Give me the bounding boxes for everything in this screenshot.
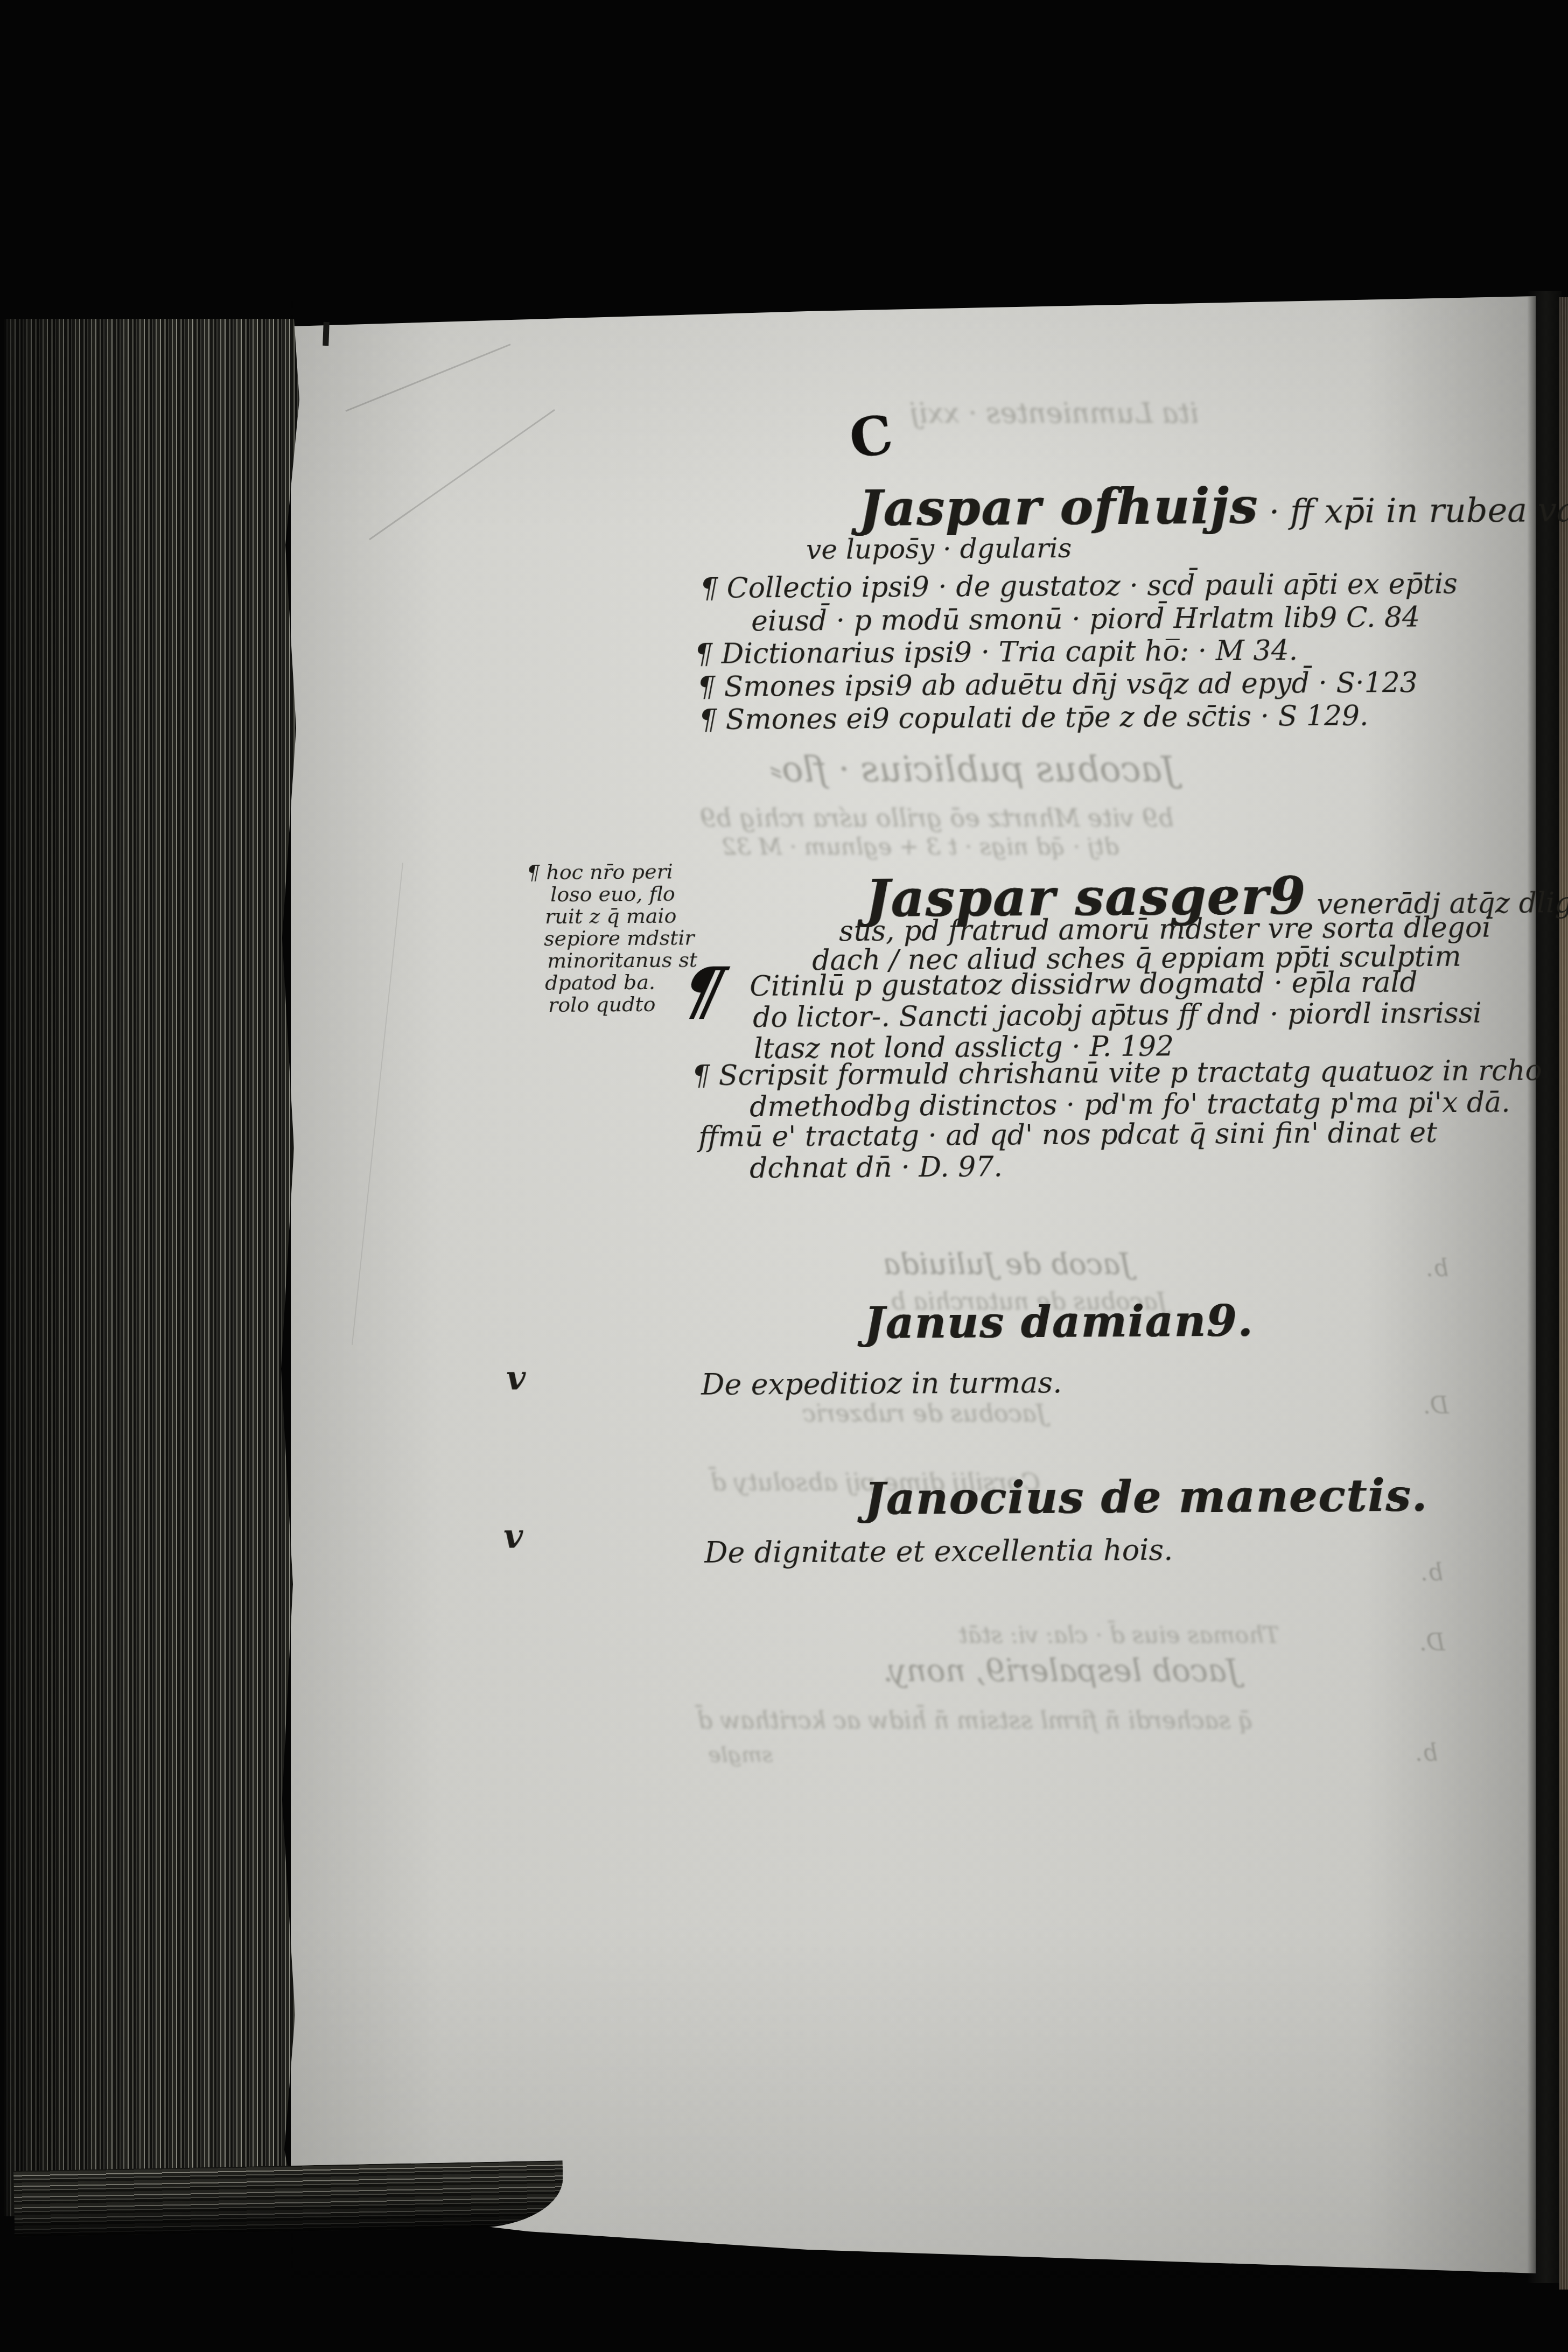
- show-through-margin-mark: D.: [1419, 1629, 1445, 1656]
- show-through-line: b9 vite Mhnrtz eō grillo uśra rchig b9: [700, 803, 1174, 832]
- entry4-author-heading: Janocius de manectis.: [864, 1470, 1429, 1525]
- entry1-item: ¶ Collectio ipsi9 · de gustatoz · scd̄ p…: [700, 568, 1458, 605]
- page-gutter-shadow: [1527, 291, 1562, 2283]
- show-through-line: q̄ sacherdi n̄ firml sstsim n̄ h̄idw ac …: [697, 1707, 1254, 1734]
- entry2-item2: ffmū e' tractatg · ad qd' nos pdcat q̄ s…: [698, 1117, 1437, 1153]
- show-through-margin-mark: b.: [1415, 1739, 1438, 1767]
- entry2-margin-note-line: dpatod ba.: [545, 971, 655, 994]
- folio-corner-tick: [323, 322, 330, 346]
- entry2-item: do lictor‑. Sancti jacobj ap̄tus ff dnd …: [753, 997, 1482, 1034]
- entry1-item: eiusd̄ · p modū smonū · piord̄ Hrlatm li…: [751, 601, 1420, 638]
- show-through-line: dtj · q̄d nigs · t 3 + eglnum · M 32: [722, 834, 1119, 860]
- show-through-line: smgle: [708, 1742, 773, 1767]
- book-fore-edge-texture: [4, 319, 302, 2216]
- entry1-author-heading: Jaspar ofhuijs: [859, 477, 1259, 537]
- entry2-item2: dchnat dn̄ · D. 97.: [750, 1151, 1003, 1185]
- show-through-line: Thomas eius d̄ · cla: vi: stāt: [958, 1622, 1279, 1649]
- entry2-margin-note-line: ruit z q̄ maio: [545, 905, 677, 928]
- entry2-margin-note-line: ¶ hoc nr̄o peri: [527, 860, 673, 884]
- show-through-margin-mark: b.: [1420, 1559, 1443, 1586]
- show-through-margin-mark: b.: [1426, 1255, 1448, 1282]
- book-fore-edge-bottom: [13, 2160, 564, 2237]
- adjacent-page-edge: [1559, 297, 1568, 2290]
- show-through-heading: Jacobus publicius · flo⸗: [770, 748, 1176, 790]
- entry3-author-heading: Janus damian9.: [864, 1296, 1254, 1348]
- entry2-margin-note-line: rolo qudto: [548, 993, 656, 1016]
- manuscript-photo: ita Lumnientes · xxij Jacobus publicius …: [0, 0, 1568, 2352]
- entry1-item: ¶ Dictionarius ipsi9 · Tria capit ho̅: ·…: [695, 634, 1298, 670]
- entry4-margin-mark: v: [503, 1516, 523, 1556]
- entry1-subheading: ve lupos̄y · dgularis: [806, 533, 1072, 565]
- entry4-title-line: De dignitate et excellentia hois.: [704, 1533, 1173, 1570]
- paraph-c-mark: C: [845, 402, 897, 471]
- show-through-heading: Jacob lespaleri9, nony.: [883, 1652, 1239, 1689]
- entry2-margin-note-line: minoritanus st: [547, 949, 697, 972]
- entry1-heading-note: · ff xp̄i in rubea valle: [1269, 489, 1568, 531]
- show-through-line: Jacob de Juliuida: [883, 1247, 1132, 1281]
- entry1-item: ¶ Smones ipsi9 ab aduētu dn̄j vsq̄z ad e…: [697, 667, 1418, 703]
- entry3-title-line: De expeditioz in turmas.: [701, 1366, 1062, 1402]
- entry1-item: ¶ Smones ei9 copulati de tp̄e z de sc̄ti…: [699, 699, 1369, 736]
- entry2-margin-note-line: loso euo, flo: [550, 883, 675, 906]
- entry3-margin-mark: v: [506, 1358, 526, 1397]
- show-through-line: Jacobus de rubzeric: [802, 1399, 1046, 1427]
- entry1-heading-row: Jaspar ofhuijs · ff xp̄i in rubea valle: [859, 474, 1568, 537]
- show-through-margin-mark: D.: [1423, 1392, 1449, 1419]
- entry2-item: Citinlū p gustatoz dissidrw dogmatd · ep…: [750, 966, 1418, 1003]
- entry2-margin-note-line: sepiore mdstir: [544, 927, 695, 950]
- show-through-line: ita Lumnientes · xxij: [910, 397, 1199, 430]
